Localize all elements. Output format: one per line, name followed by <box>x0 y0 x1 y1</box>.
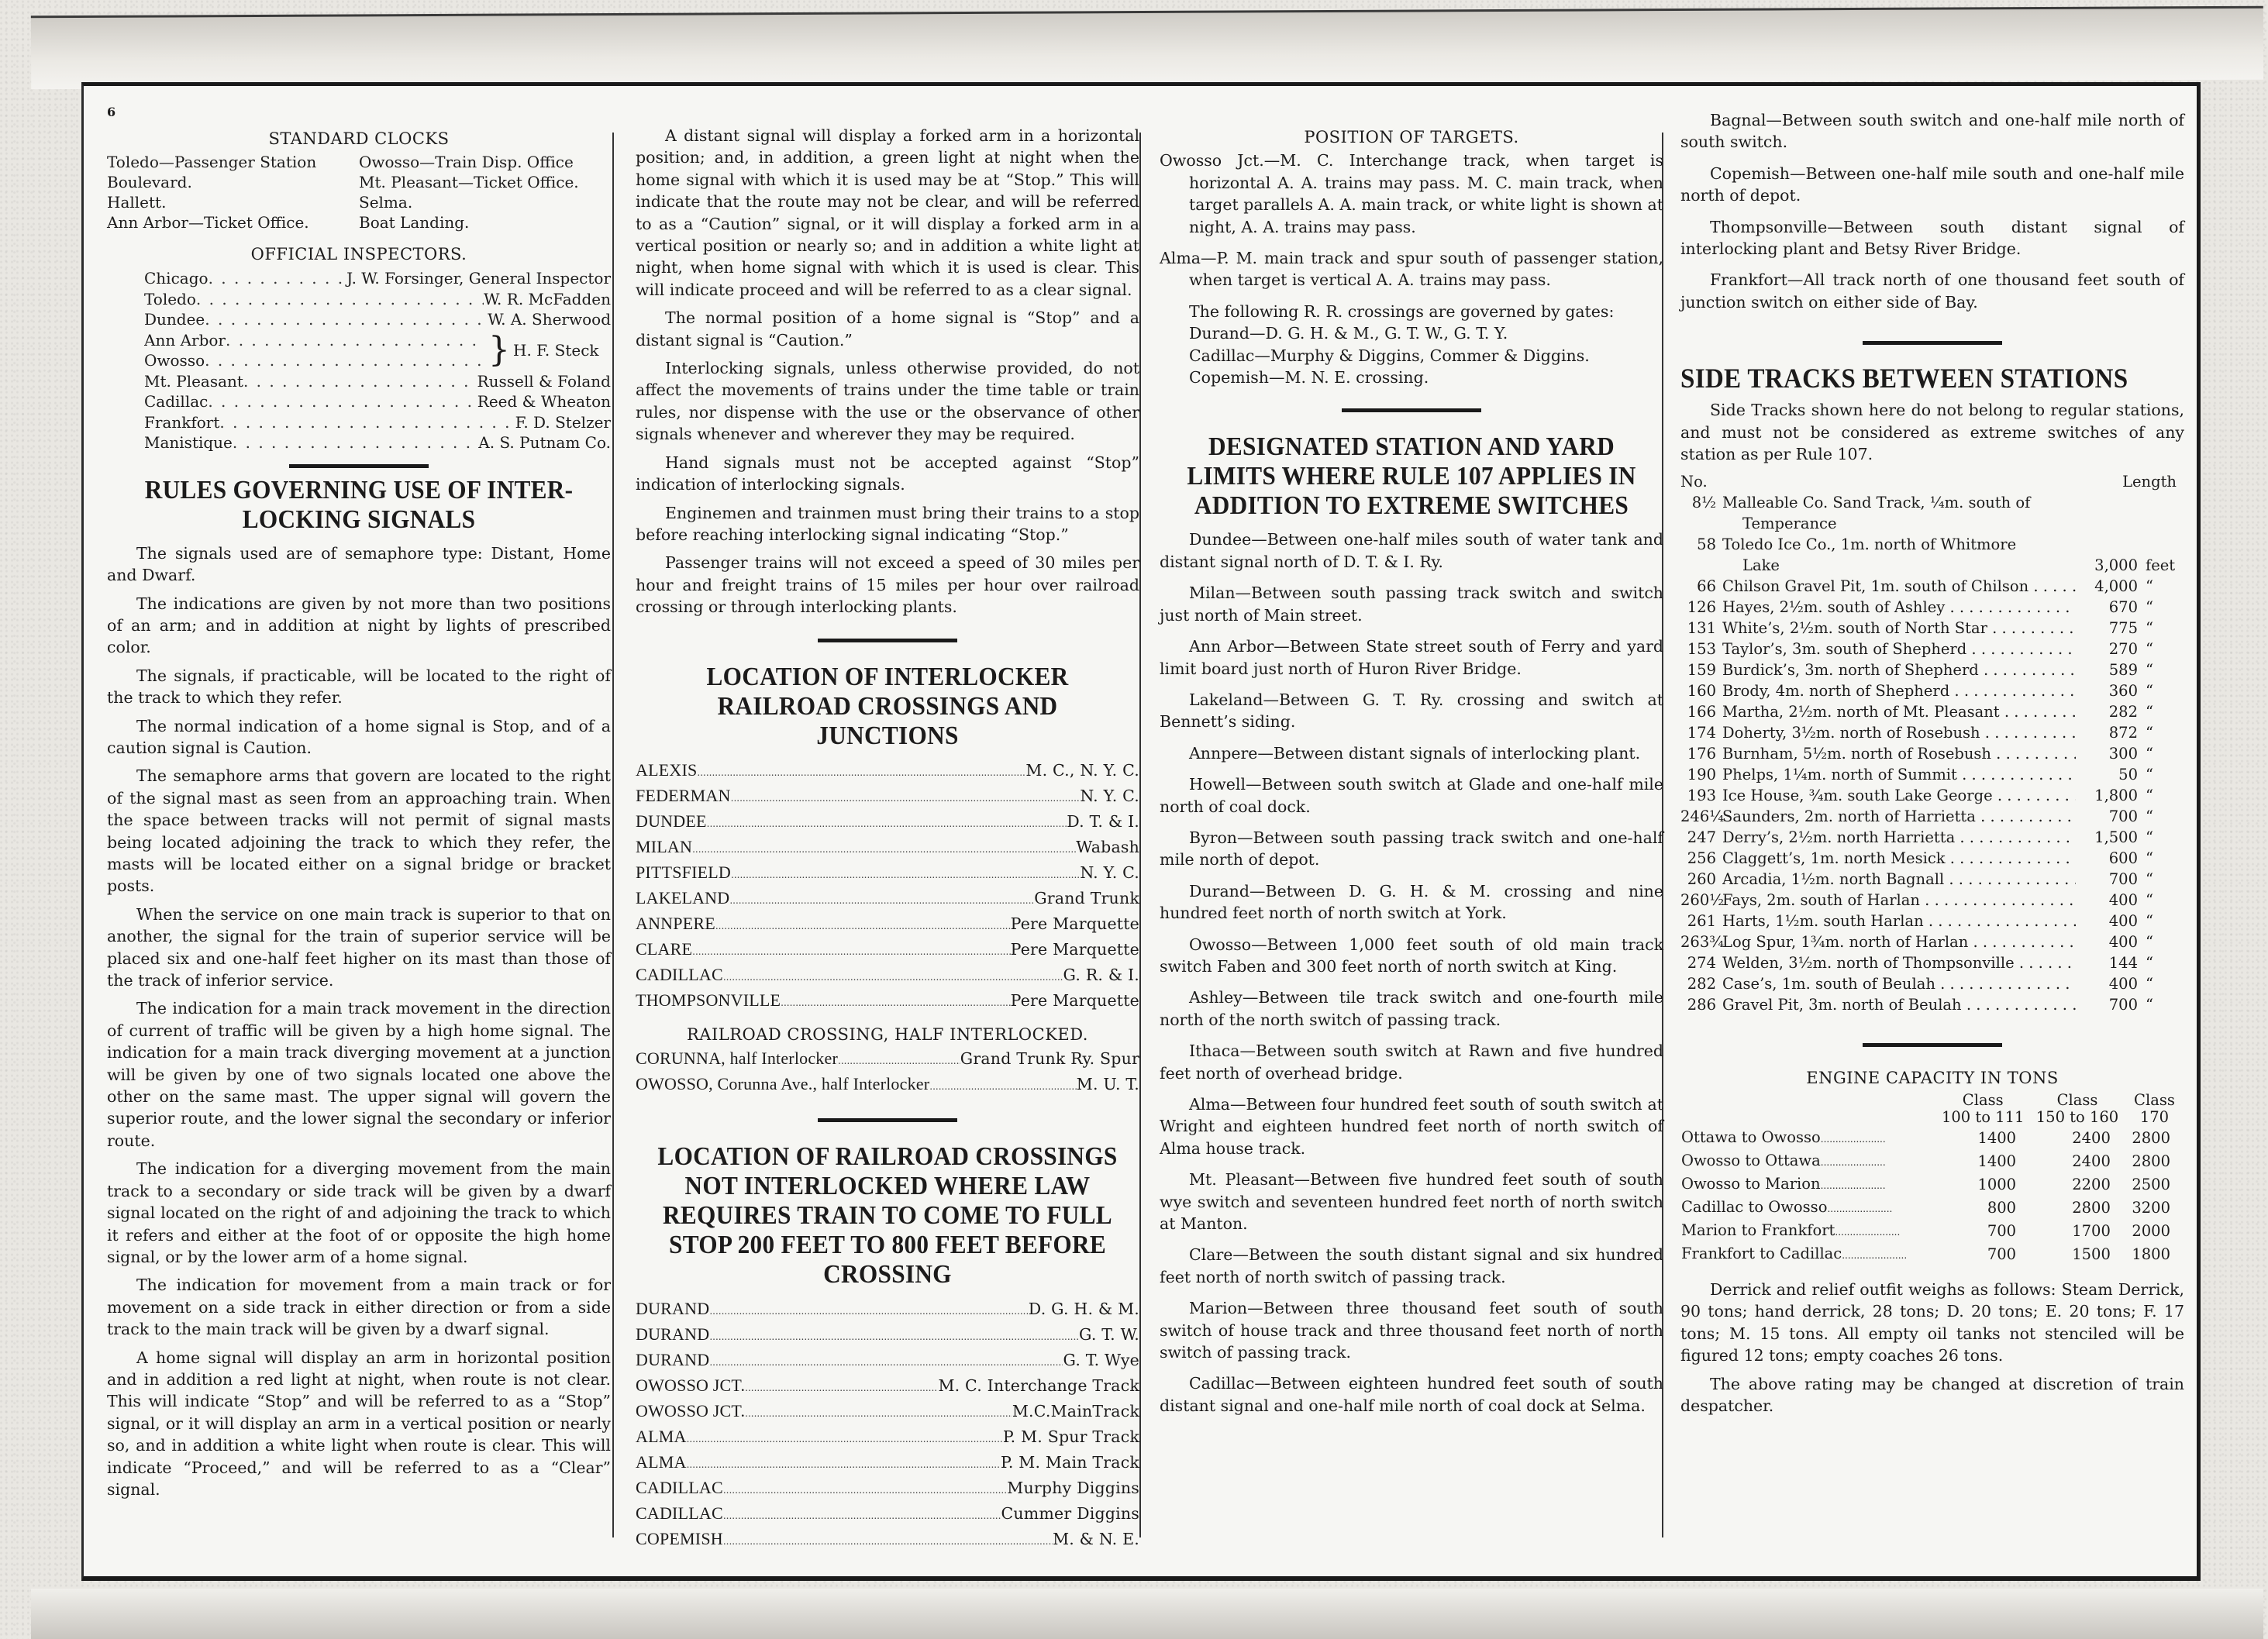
column-header: Class100 to 111 <box>1935 1091 2030 1127</box>
item-label: Dundee <box>144 309 205 330</box>
track-name: Gravel Pit, 3m. north of Beulah . . . . … <box>1722 994 2076 1015</box>
item-label: MILAN <box>636 835 692 858</box>
yard-place: Ann Arbor <box>1189 637 1274 656</box>
track-number: 176 <box>1680 743 1722 764</box>
yard-limit-entry: Annpere—Between distant signals of inter… <box>1160 742 1663 764</box>
position-of-targets-heading: POSITION OF TARGETS. <box>1160 126 1663 148</box>
item-label: Chicago <box>144 268 209 289</box>
track-length-unit: “ <box>2138 597 2184 618</box>
list-item: ANNPEREPere Marquette <box>636 912 1139 938</box>
track-length: 50 <box>2076 764 2138 785</box>
target-entry: Owosso Jct.—M. C. Interchange track, whe… <box>1160 150 1663 238</box>
route-name: Marion to Frankfort <box>1681 1221 1835 1239</box>
item-value: N. Y. C. <box>1080 862 1139 884</box>
yard-place: Annpere <box>1189 744 1257 763</box>
rule-paragraph: Interlocking signals, unless otherwise p… <box>636 357 1139 446</box>
gates-intro: The following R. R. crossings are govern… <box>1189 301 1663 322</box>
leader-dots <box>723 1477 1007 1502</box>
track-name: Arcadia, 1½m. north Bagnall . . . . . . … <box>1722 869 2076 890</box>
track-number: 263¾ <box>1680 931 1722 952</box>
table-row: 274Welden, 3½m. north of Thompsonville .… <box>1680 952 2184 973</box>
capacity-value: 2000 <box>2125 1220 2184 1243</box>
table-row: 246¼Saunders, 2m. north of Harrietta . .… <box>1680 806 2184 827</box>
route-cell: Marion to Frankfort <box>1680 1220 1935 1243</box>
track-length-unit: “ <box>2138 827 2184 848</box>
track-number: 58 <box>1680 534 1722 555</box>
track-length: 360 <box>2076 680 2138 701</box>
track-length-unit: “ <box>2138 952 2184 973</box>
track-number: 160 <box>1680 680 1722 701</box>
item-label: Mt. Pleasant <box>144 371 243 392</box>
track-number: 190 <box>1680 764 1722 785</box>
track-name: Brody, 4m. north of Shepherd . . . . . .… <box>1722 680 2076 701</box>
item-label: OWOSSO JCT. <box>636 1374 745 1396</box>
list-item: ToledoW. R. McFadden <box>144 289 611 310</box>
track-length: 700 <box>2076 806 2138 827</box>
side-tracks-heading: SIDE TRACKS BETWEEN STATIONS <box>1680 363 2144 393</box>
route-cell: Frankfort to Cadillac <box>1680 1243 1935 1266</box>
yard-place: Thompsonville <box>1710 218 1827 236</box>
track-length: 400 <box>2076 931 2138 952</box>
track-length-unit: “ <box>2138 576 2184 597</box>
item-value: W. R. McFadden <box>484 289 611 310</box>
interlocking-rules-continued: A distant signal will display a forked a… <box>636 125 1139 618</box>
item-value: Grand Trunk <box>1034 887 1139 910</box>
leader-dots <box>226 330 485 351</box>
table-row: Cadillac to Owosso80028003200 <box>1680 1197 2184 1220</box>
yard-place: Copemish <box>1710 164 1790 183</box>
column-4: Bagnal—Between south switch and one-half… <box>1680 102 2184 1565</box>
brace: } <box>488 335 510 366</box>
capacity-value: 1400 <box>1935 1127 2030 1150</box>
leader-dots <box>1827 1198 1892 1216</box>
leader-dots <box>707 811 1067 835</box>
capacity-value: 2800 <box>2030 1197 2125 1220</box>
track-length: 270 <box>2076 639 2138 659</box>
track-name-text: Doherty, 3½m. north of Rosebush <box>1722 724 1980 742</box>
standard-clocks-list: Toledo—Passenger StationBoulevard.Hallet… <box>107 152 611 232</box>
table-row: 282Case’s, 1m. south of Beulah . . . . .… <box>1680 973 2184 994</box>
track-number: 246¼ <box>1680 806 1722 827</box>
track-length-unit: “ <box>2138 639 2184 659</box>
table-row: 263¾Log Spur, 1¾m. north of Harlan . . .… <box>1680 931 2184 952</box>
yard-description: Between the south distant signal and six… <box>1160 1245 1663 1286</box>
yard-place: Cadillac <box>1189 1374 1254 1393</box>
track-length-unit: “ <box>2138 806 2184 827</box>
leader-dots <box>723 964 1063 989</box>
rule-paragraph: The signals, if practicable, will be loc… <box>107 665 611 709</box>
rule-paragraph: A distant signal will display a forked a… <box>636 125 1139 301</box>
engine-capacity-notes: Derrick and relief outfit weighs as foll… <box>1680 1279 2184 1417</box>
leader-dots <box>692 938 1011 963</box>
leader-dots <box>1821 1152 1886 1169</box>
track-length: 282 <box>2076 701 2138 722</box>
capacity-value: 800 <box>1935 1197 2030 1220</box>
item-label: CLARE <box>636 938 692 960</box>
list-item: ALMAP. M. Spur Track <box>636 1425 1139 1451</box>
item-value: Wabash <box>1076 836 1139 859</box>
route-name: Cadillac to Owosso <box>1681 1198 1827 1216</box>
column-divider <box>1139 133 1141 1537</box>
header-line: Class <box>2125 1092 2184 1109</box>
item-value: D. G. H. & M. <box>1029 1298 1139 1320</box>
leader-dots <box>1835 1221 1900 1239</box>
col-no-label: No. <box>1680 471 1708 492</box>
gates-list: Durand—D. G. H. & M., G. T. W., G. T. Y.… <box>1189 322 1663 388</box>
leader-dots <box>687 1451 1001 1476</box>
yard-limit-entry: Marion—Between three thousand feet south… <box>1160 1297 1663 1363</box>
track-name-text: Malleable Co. Sand Track, ¼m. south of <box>1722 494 2030 511</box>
track-name: Claggett’s, 1m. north Mesick . . . . . .… <box>1722 848 2076 869</box>
yard-description: Between four hundred feet south of south… <box>1160 1095 1663 1158</box>
track-length: 700 <box>2076 869 2138 890</box>
yard-place: Marion <box>1189 1299 1247 1317</box>
item-value: Pere Marquette <box>1011 990 1139 1012</box>
track-length: 600 <box>2076 848 2138 869</box>
leader-dots <box>243 371 477 392</box>
yard-place: Owosso <box>1189 935 1251 954</box>
table-row: Owosso to Marion100022002500 <box>1680 1173 2184 1197</box>
table-row: 159Burdick’s, 3m. north of Shepherd . . … <box>1680 659 2184 680</box>
column-3: POSITION OF TARGETS. Owosso Jct.—M. C. I… <box>1160 102 1663 1565</box>
rule-paragraph: Passenger trains will not exceed a speed… <box>636 552 1139 618</box>
track-number: 247 <box>1680 827 1722 848</box>
table-row: 193Ice House, ¾m. south Lake George . . … <box>1680 785 2184 806</box>
clock-location: Boulevard. <box>107 172 359 192</box>
table-row: Ottawa to Owosso140024002800 <box>1680 1127 2184 1150</box>
rule-paragraph: The indications are given by not more th… <box>107 593 611 659</box>
rule-paragraph: The normal indication of a home signal i… <box>107 715 611 759</box>
side-tracks-rows: 8½Malleable Co. Sand Track, ¼m. south of… <box>1680 492 2184 1015</box>
track-length-unit: “ <box>2138 722 2184 743</box>
route-name: Ottawa to Owosso <box>1681 1128 1821 1146</box>
route-cell: Owosso to Marion <box>1680 1173 1935 1197</box>
track-length: 144 <box>2076 952 2138 973</box>
yard-limit-entry: Howell—Between south switch at Glade and… <box>1160 773 1663 818</box>
section-rule <box>1863 1043 2002 1047</box>
rule-paragraph: A home signal will display an arm in hor… <box>107 1347 611 1501</box>
track-name: Malleable Co. Sand Track, ¼m. south ofTe… <box>1722 492 2076 534</box>
list-item: CADILLACG. R. & I. <box>636 963 1139 989</box>
position-of-targets-text: Owosso Jct.—M. C. Interchange track, whe… <box>1160 150 1663 291</box>
item-label: LAKELAND <box>636 887 729 909</box>
track-number: 159 <box>1680 659 1722 680</box>
track-length-unit: “ <box>2138 973 2184 994</box>
capacity-value: 1000 <box>1935 1173 2030 1197</box>
section-rule <box>289 464 429 468</box>
track-number: 286 <box>1680 994 1722 1015</box>
rule-paragraph: The semaphore arms that govern are locat… <box>107 765 611 897</box>
official-inspectors-heading: OFFICIAL INSPECTORS. <box>107 243 611 265</box>
rule-paragraph: The indication for a diverging movement … <box>107 1158 611 1268</box>
yard-description: Between south passing track switch and s… <box>1160 584 1663 624</box>
table-row: 153Taylor’s, 3m. south of Shepherd . . .… <box>1680 639 2184 659</box>
item-value: A. S. Putnam Co. <box>478 432 611 453</box>
track-number: 193 <box>1680 785 1722 806</box>
item-value: Cummer Diggins <box>1001 1503 1139 1525</box>
capacity-value: 1500 <box>2030 1243 2125 1266</box>
track-name-text: Derry’s, 2½m. north Harrietta <box>1722 828 1955 846</box>
clock-location: Hallett. <box>107 192 359 212</box>
list-item: ALEXISM. C., N. Y. C. <box>636 759 1139 784</box>
track-name: Taylor’s, 3m. south of Shepherd . . . . … <box>1722 639 2076 659</box>
item-label: DURAND <box>636 1348 709 1371</box>
list-item: CADILLACMurphy Diggins <box>636 1476 1139 1502</box>
header-line: 100 to 111 <box>1936 1109 2029 1126</box>
list-item: DUNDEED. T. & I. <box>636 810 1139 835</box>
yard-place: Dundee <box>1189 530 1251 549</box>
list-item: OWOSSO, Corunna Ave., half InterlockerM.… <box>636 1073 1139 1098</box>
rule-paragraph: When the service on one main track is su… <box>107 904 611 992</box>
track-name-text: Ice House, ¾m. south Lake George <box>1722 787 1993 804</box>
track-name: Derry’s, 2½m. north Harrietta . . . . . … <box>1722 827 2076 848</box>
track-number: 260½ <box>1680 890 1722 911</box>
clocks-right-list: Owosso—Train Disp. OfficeMt. Pleasant—Ti… <box>359 152 611 232</box>
yard-limit-entry: Alma—Between four hundred feet south of … <box>1160 1093 1663 1159</box>
track-length: 3,000 <box>2076 555 2138 576</box>
leader-dots <box>715 913 1011 938</box>
track-length: 700 <box>2076 994 2138 1015</box>
track-length: 400 <box>2076 911 2138 931</box>
col-length-label: Length <box>2122 471 2184 492</box>
track-name-text: Burnham, 5½m. north of Rosebush <box>1722 745 1991 763</box>
table-row: 247Derry’s, 2½m. north Harrietta . . . .… <box>1680 827 2184 848</box>
interlocker-locations-heading: LOCATION OF INTERLOCKER RAILROAD CROSSIN… <box>656 663 1119 751</box>
leader-dots <box>692 836 1076 861</box>
item-label: Frankfort <box>144 412 219 433</box>
item-value: P. M. Main Track <box>1001 1451 1139 1474</box>
table-row: 166Martha, 2½m. north of Mt. Pleasant . … <box>1680 701 2184 722</box>
table-row: 261Harts, 1½m. south Harlan . . . . . . … <box>1680 911 2184 931</box>
leader-dots <box>697 759 1025 784</box>
track-number: 66 <box>1680 576 1722 597</box>
leader-dots <box>219 412 515 433</box>
yard-place: Mt. Pleasant <box>1189 1170 1294 1189</box>
gates-block: The following R. R. crossings are govern… <box>1160 301 1663 389</box>
track-name-text: Brody, 4m. north of Shepherd <box>1722 682 1949 700</box>
item-value: N. Y. C. <box>1080 785 1139 807</box>
track-name: Martha, 2½m. north of Mt. Pleasant . . .… <box>1722 701 2076 722</box>
item-value: J. W. Forsinger, General Inspector <box>346 268 611 289</box>
engine-note: Derrick and relief outfit weighs as foll… <box>1680 1279 2184 1367</box>
list-item: OWOSSO JCT.M.C.MainTrack <box>636 1400 1139 1425</box>
yard-place: Alma <box>1189 1095 1230 1114</box>
item-label: Ann Arbor <box>144 330 226 351</box>
track-name: Phelps, 1¼m. north of Summit . . . . . .… <box>1722 764 2076 785</box>
capacity-value: 700 <box>1935 1220 2030 1243</box>
not-interlocked-heading: LOCATION OF RAILROAD CROSSINGS NOT INTER… <box>656 1142 1119 1290</box>
yard-place: Clare <box>1189 1245 1232 1264</box>
yard-limit-entry: Bagnal—Between south switch and one-half… <box>1680 109 2184 153</box>
item-label: THOMPSONVILLE <box>636 989 781 1011</box>
inspector-group: Ann ArborOwosso}H. F. Steck <box>144 330 611 371</box>
track-name: Ice House, ¾m. south Lake George . . . .… <box>1722 785 2076 806</box>
item-label: CORUNNA, half Interlocker <box>636 1047 838 1069</box>
table-row: Frankfort to Cadillac70015001800 <box>1680 1243 2184 1266</box>
leader-dots <box>1821 1128 1886 1146</box>
standard-clocks-heading: STANDARD CLOCKS <box>107 128 611 150</box>
item-value: Pere Marquette <box>1011 938 1139 961</box>
list-item: THOMPSONVILLEPere Marquette <box>636 989 1139 1014</box>
yard-limit-entry: Lakeland—Between G. T. Ry. crossing and … <box>1160 689 1663 733</box>
rule-paragraph: The signals used are of semaphore type: … <box>107 542 611 587</box>
item-label: DURAND <box>636 1297 709 1320</box>
item-value: W. A. Sherwood <box>488 309 611 330</box>
item-label: DUNDEE <box>636 810 707 832</box>
yard-place: Howell <box>1189 775 1246 794</box>
item-label: DURAND <box>636 1323 709 1345</box>
track-length: 775 <box>2076 618 2138 639</box>
gate-entry: Copemish—M. N. E. crossing. <box>1189 367 1663 388</box>
list-item: COPEMISHM. & N. E. <box>636 1527 1139 1553</box>
yard-place: Ithaca <box>1189 1042 1239 1060</box>
list-item: DURANDD. G. H. & M. <box>636 1297 1139 1323</box>
half-interlocked-heading: RAILROAD CROSSING, HALF INTERLOCKED. <box>636 1024 1139 1045</box>
leader-dots <box>209 268 347 289</box>
yard-limit-entry: Ithaca—Between south switch at Rawn and … <box>1160 1040 1663 1084</box>
leader-dots <box>731 862 1080 887</box>
rule-paragraph: Hand signals must not be accepted agains… <box>636 452 1139 496</box>
rule-paragraph: The indication for a main track movement… <box>107 997 611 1152</box>
engine-note: The above rating may be changed at discr… <box>1680 1373 2184 1417</box>
list-item: Owosso <box>144 350 485 371</box>
track-name-continued: Lake <box>1722 555 2076 576</box>
track-length-unit: “ <box>2138 659 2184 680</box>
track-name-text: Fays, 2m. south of Harlan <box>1722 891 1920 909</box>
item-label: CADILLAC <box>636 963 723 986</box>
header-line: 170 <box>2125 1109 2184 1126</box>
table-row: 160Brody, 4m. north of Shepherd . . . . … <box>1680 680 2184 701</box>
table-row: Owosso to Ottawa140024002800 <box>1680 1150 2184 1173</box>
track-number: 131 <box>1680 618 1722 639</box>
engine-capacity-table: Class100 to 111Class150 to 160Class170 O… <box>1680 1091 2184 1266</box>
table-row: 176Burnham, 5½m. north of Rosebush . . .… <box>1680 743 2184 764</box>
item-value: Reed & Wheaton <box>477 391 611 412</box>
table-row: 174Doherty, 3½m. north of Rosebush . . .… <box>1680 722 2184 743</box>
list-item: CadillacReed & Wheaton <box>144 391 611 412</box>
capacity-value: 700 <box>1935 1243 2030 1266</box>
half-interlocked-list: CORUNNA, half InterlockerGrand Trunk Ry.… <box>636 1047 1139 1098</box>
track-name: Doherty, 3½m. north of Rosebush . . . . … <box>1722 722 2076 743</box>
item-value: P. M. Spur Track <box>1003 1426 1139 1448</box>
track-length: 4,000 <box>2076 576 2138 597</box>
item-label: ALMA <box>636 1451 687 1473</box>
yard-limit-entry: Ann Arbor—Between State street south of … <box>1160 635 1663 680</box>
list-item: OWOSSO JCT.M. C. Interchange Track <box>636 1374 1139 1400</box>
yard-limits-continued: Bagnal—Between south switch and one-half… <box>1680 109 2184 313</box>
leader-dots <box>205 309 488 330</box>
page-number: 6 <box>107 102 611 123</box>
item-value: Murphy Diggins <box>1007 1477 1139 1500</box>
track-name-continued: Temperance <box>1722 513 2076 534</box>
leader-dots <box>205 350 485 371</box>
track-name: Harts, 1½m. south Harlan . . . . . . . .… <box>1722 911 2076 931</box>
interlocking-rules-heading: RULES GOVERNING USE OF INTER-LOCKING SIG… <box>127 476 591 535</box>
track-length: 1,800 <box>2076 785 2138 806</box>
table-row: 8½Malleable Co. Sand Track, ¼m. south of… <box>1680 492 2184 534</box>
track-length: 400 <box>2076 973 2138 994</box>
track-length-unit: “ <box>2138 931 2184 952</box>
item-value: M. C. Interchange Track <box>938 1375 1139 1397</box>
leader-dots <box>687 1426 1003 1451</box>
paper-edge-top <box>31 6 2263 90</box>
track-name: Burdick’s, 3m. north of Shepherd . . . .… <box>1722 659 2076 680</box>
yard-limit-entry: Byron—Between south passing track switch… <box>1160 827 1663 871</box>
track-name: Log Spur, 1¾m. north of Harlan . . . . .… <box>1722 931 2076 952</box>
list-item: CLAREPere Marquette <box>636 938 1139 963</box>
yard-limits-heading: DESIGNATED STATION AND YARD LIMITS WHERE… <box>1180 432 1643 521</box>
official-inspectors-list: ChicagoJ. W. Forsinger, General Inspecto… <box>144 268 611 453</box>
list-item: CADILLACCummer Diggins <box>636 1502 1139 1527</box>
leader-dots <box>208 391 477 412</box>
list-item: Ann Arbor <box>144 330 485 351</box>
item-value: H. F. Steck <box>513 340 599 361</box>
section-rule <box>818 1118 957 1122</box>
yard-limit-entry: Durand—Between D. G. H. & M. crossing an… <box>1160 880 1663 925</box>
capacity-value: 1700 <box>2030 1220 2125 1243</box>
leader-dots <box>1842 1245 1907 1262</box>
table-row: 131White’s, 2½m. south of North Star . .… <box>1680 618 2184 639</box>
track-name-text: Martha, 2½m. north of Mt. Pleasant <box>1722 703 2000 721</box>
yard-place: Frankfort <box>1710 270 1787 289</box>
track-length-unit: “ <box>2138 994 2184 1015</box>
track-length-unit: “ <box>2138 680 2184 701</box>
track-name-text: Toledo Ice Co., 1m. north of Whitmore <box>1722 535 2016 553</box>
list-item: Mt. PleasantRussell & Foland <box>144 371 611 392</box>
track-length-unit: “ <box>2138 869 2184 890</box>
column-header: Class170 <box>2125 1091 2184 1127</box>
leader-dots <box>929 1073 1076 1098</box>
yard-limit-entry: Dundee—Between one-half miles south of w… <box>1160 529 1663 573</box>
leader-dots <box>1821 1175 1886 1193</box>
track-length-unit: “ <box>2138 911 2184 931</box>
track-length-unit: feet <box>2138 555 2184 576</box>
track-name: Hayes, 2½m. south of Ashley . . . . . . … <box>1722 597 2076 618</box>
list-item: PITTSFIELDN. Y. C. <box>636 861 1139 887</box>
track-number: 260 <box>1680 869 1722 890</box>
capacity-value: 2400 <box>2030 1150 2125 1173</box>
leader-dots <box>709 1324 1079 1348</box>
track-length: 670 <box>2076 597 2138 618</box>
table-row: Marion to Frankfort70017002000 <box>1680 1220 2184 1243</box>
clock-location: Toledo—Passenger Station <box>107 152 359 172</box>
track-name-text: White’s, 2½m. south of North Star <box>1722 619 1987 637</box>
track-length-unit: “ <box>2138 764 2184 785</box>
table-row: 256Claggett’s, 1m. north Mesick . . . . … <box>1680 848 2184 869</box>
route-name: Owosso to Ottawa <box>1681 1152 1821 1169</box>
track-length-unit: “ <box>2138 848 2184 869</box>
list-item: ManistiqueA. S. Putnam Co. <box>144 432 611 453</box>
track-number: 261 <box>1680 911 1722 931</box>
yard-limit-entry: Mt. Pleasant—Between five hundred feet s… <box>1160 1169 1663 1234</box>
capacity-value: 2800 <box>2125 1127 2184 1150</box>
item-value: D. T. & I. <box>1067 811 1139 833</box>
item-label: Manistique <box>144 432 233 453</box>
route-cell: Cadillac to Owosso <box>1680 1197 1935 1220</box>
capacity-value: 2800 <box>2125 1150 2184 1173</box>
track-length: 400 <box>2076 890 2138 911</box>
item-value: G. T. Wye <box>1063 1349 1139 1372</box>
track-length-unit: “ <box>2138 618 2184 639</box>
yard-place: Lakeland <box>1189 690 1263 709</box>
table-row: 126Hayes, 2½m. south of Ashley . . . . .… <box>1680 597 2184 618</box>
engine-capacity-heading: ENGINE CAPACITY IN TONS <box>1680 1067 2184 1089</box>
item-value: Russell & Foland <box>477 371 611 392</box>
list-item: ChicagoJ. W. Forsinger, General Inspecto… <box>144 268 611 289</box>
track-number: 126 <box>1680 597 1722 618</box>
track-name-text: Hayes, 2½m. south of Ashley <box>1722 598 1945 616</box>
yard-place: Ashley <box>1189 988 1243 1007</box>
